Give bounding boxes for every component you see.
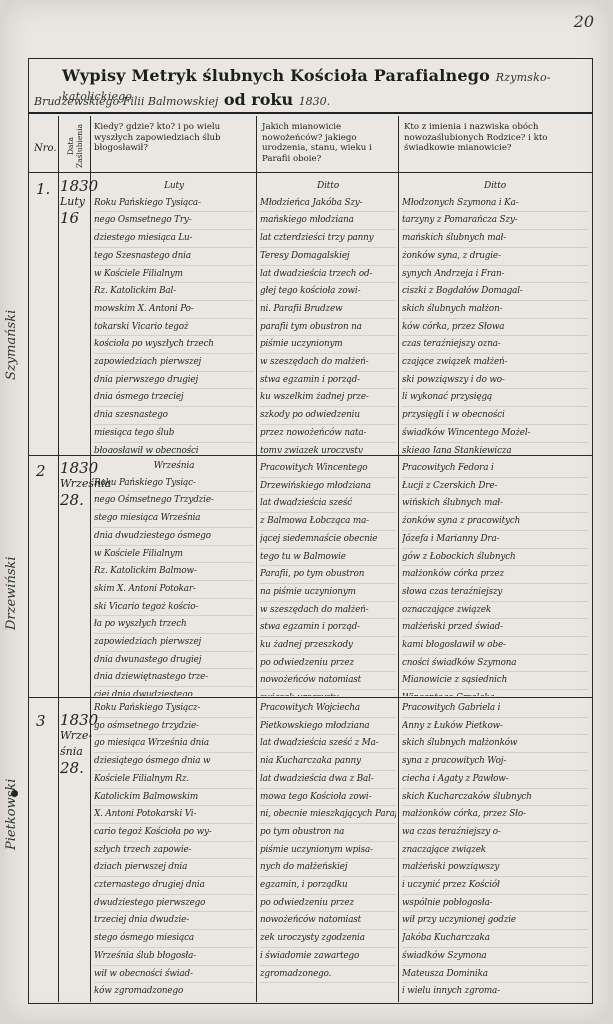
- parish-name-handwritten: Brudzewskiego Filii Balmowskiej: [34, 95, 218, 108]
- register-subtitle: Brudzewskiego Filii Balmowskiej od roku …: [34, 90, 584, 109]
- entry-day: 28.: [60, 760, 90, 776]
- entry-ceremony: Roku Pańskiego Tysiącz- go ośmsetnego tr…: [94, 700, 254, 998]
- entry-date: 1830 Luty 16: [60, 178, 90, 226]
- entry-parents-witnesses: Pracowitych Gabriela i Anny z Łuków Piet…: [402, 700, 588, 998]
- header-groom: Jakich mianowicie nowożeńców? jakiego ur…: [262, 122, 397, 164]
- entry-month: Września: [60, 476, 90, 492]
- entry-number: 3: [36, 712, 46, 730]
- margin-surname: Pietkowski: [4, 700, 19, 850]
- entry-parents-witnesses: Ditto Młodzonych Szymona i Ka- tarzyny z…: [402, 178, 588, 453]
- entry-number: 1.: [36, 180, 50, 198]
- subtitle-printed: od roku: [224, 90, 293, 109]
- entry-date: 1830 Września 28.: [60, 460, 90, 508]
- entry-ceremony: Września Roku Pańskiego Tysiąc- nego Ośm…: [94, 458, 254, 696]
- title-printed: Wypisy Metryk ślubnych Kościoła Parafial…: [62, 66, 490, 85]
- page-number: 20: [574, 12, 594, 31]
- entry-couple: Ditto Młodzieńca Jakóba Szy- mańskiego m…: [260, 178, 396, 453]
- title-rule: [28, 112, 593, 114]
- entry-year: 1830: [60, 712, 90, 728]
- entry-couple: Pracowitych Wincentego Drzewińskiego mło…: [260, 460, 396, 696]
- entry-month: Wrze-śnia: [60, 728, 90, 760]
- row-divider: [28, 172, 593, 173]
- header-date: Data Zaślubienia: [66, 120, 84, 172]
- entry-year: 1830: [60, 460, 90, 476]
- column-divider: [256, 116, 257, 1002]
- subtitle-year: 1830.: [299, 95, 331, 108]
- entry-year: 1830: [60, 178, 90, 194]
- header-nr: Nro.: [34, 144, 57, 155]
- header-bride: Kto z imienia i nazwiska obóch nowozaślu…: [404, 122, 584, 154]
- column-divider: [90, 116, 91, 1002]
- entry-month: Luty: [60, 194, 90, 210]
- margin-surname: Szymański: [4, 200, 19, 380]
- row-divider: [28, 697, 593, 698]
- column-divider: [58, 116, 59, 1002]
- entry-couple: Pracowitych Wojciecha Pietkowskiego młod…: [260, 700, 396, 998]
- header-when: Kiedy? gdzie? kto? i po wielu wyszłych z…: [94, 122, 254, 154]
- entry-day: 28.: [60, 492, 90, 508]
- row-divider: [28, 455, 593, 456]
- entry-ceremony: Luty Roku Pańskiego Tysiąca- nego Osmset…: [94, 178, 254, 453]
- entry-day: 16: [60, 210, 90, 226]
- entry-number: 2: [36, 462, 46, 480]
- margin-surname: Drzewiński: [4, 500, 19, 630]
- entry-date: 1830 Wrze-śnia 28.: [60, 712, 90, 776]
- column-divider: [398, 116, 399, 1002]
- entry-parents-witnesses: Pracowitych Fedora i Łucji z Czerskich D…: [402, 460, 588, 696]
